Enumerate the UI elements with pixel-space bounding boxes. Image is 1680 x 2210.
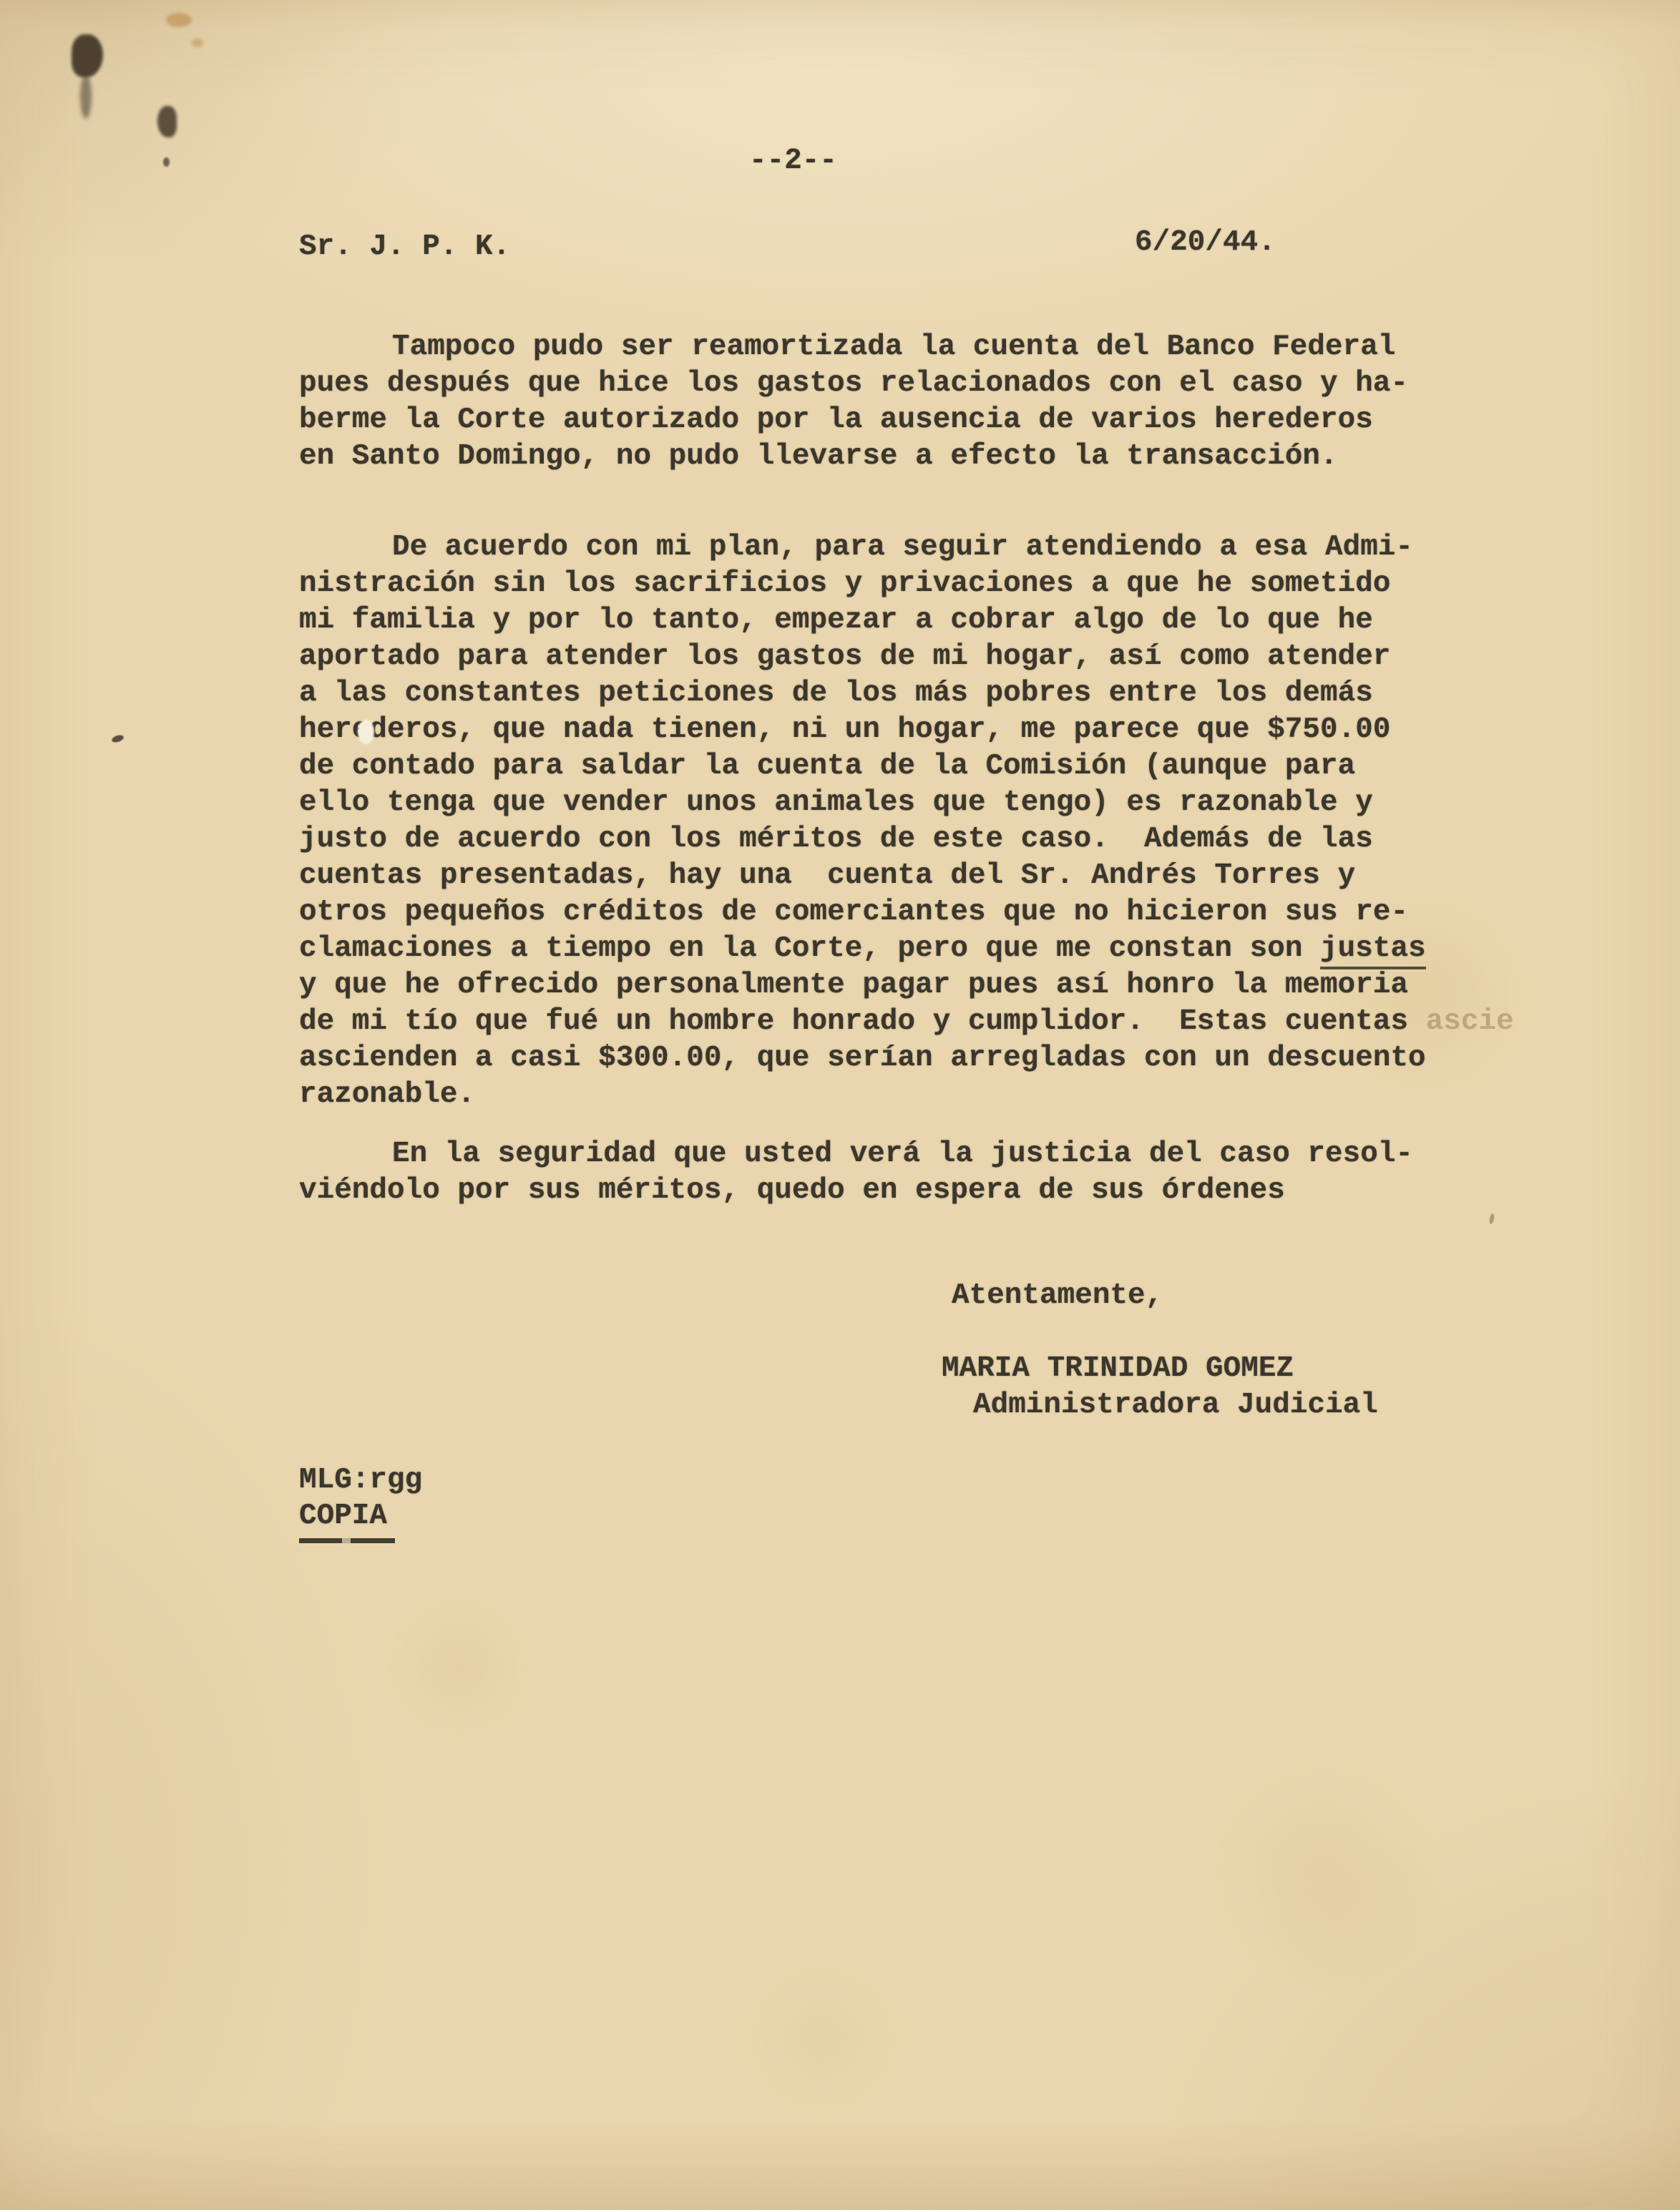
paragraph-1-line: berme la Corte autorizado por la ausenci…: [299, 402, 1408, 439]
rust-speck: [192, 39, 203, 47]
paragraph-3-line: En la seguridad que usted verá la justic…: [299, 1136, 1413, 1173]
date-label: 6/20/44.: [1135, 225, 1276, 261]
signer-title: Administradora Judicial: [973, 1387, 1378, 1424]
paragraph-2-line: mi familia y por lo tanto, empezar a cob…: [299, 602, 1514, 639]
signer-name: MARIA TRINIDAD GOMEZ: [942, 1351, 1294, 1387]
paragraph-2-line: aportado para atender los gastos de mi h…: [299, 639, 1514, 675]
typewritten-letter-page: --2-- Sr. J. P. K. 6/20/44. Tampoco pudo…: [0, 0, 1680, 2210]
paragraph-2-line: herederos, que nada tienen, ni un hogar,…: [299, 712, 1514, 748]
margin-fleck: [111, 734, 124, 744]
paragraph-3-line: viéndolo por sus méritos, quedo en esper…: [299, 1173, 1413, 1209]
paragraph-1-line: en Santo Domingo, no pudo llevarse a efe…: [299, 439, 1408, 475]
ink-stain-blob: [157, 106, 177, 137]
ink-stain-streak: [80, 74, 92, 119]
paragraph-2-line: otros pequeños créditos de comerciantes …: [299, 894, 1514, 931]
paragraph-2-line: nistración sin los sacrificios y privaci…: [299, 566, 1514, 602]
paragraph-2-line: a las constantes peticiones de los más p…: [299, 675, 1514, 712]
small-mark: [1489, 1213, 1495, 1225]
paragraph-2-line: justo de acuerdo con los méritos de este…: [299, 821, 1514, 858]
page-number: --2--: [749, 143, 837, 180]
paragraph-1-line: Tampoco pudo ser reamortizada la cuenta …: [299, 329, 1408, 366]
paragraph-2-line-justas: clamaciones a tiempo en la Corte, pero q…: [299, 931, 1514, 967]
paragraph-3: En la seguridad que usted verá la justic…: [299, 1136, 1413, 1209]
paragraph-2-line: razonable.: [299, 1077, 1514, 1113]
typist-initials: MLG:rgg: [299, 1462, 422, 1499]
paragraph-2-line: ello tenga que vender unos animales que …: [299, 785, 1514, 821]
paragraph-2-line: De acuerdo con mi plan, para seguir aten…: [299, 529, 1514, 566]
line-text: de mi tío que fué un hombre honrado y cu…: [299, 1005, 1426, 1038]
line-text: clamaciones a tiempo en la Corte, pero q…: [299, 932, 1320, 965]
paragraph-2-line: y que he ofrecido personalmente pagar pu…: [299, 967, 1514, 1004]
paragraph-1: Tampoco pudo ser reamortizada la cuenta …: [299, 329, 1408, 475]
copy-label: COPIA: [299, 1498, 395, 1543]
paragraph-2-line: de contado para saldar la cuenta de la C…: [299, 748, 1514, 785]
paragraph-2: De acuerdo con mi plan, para seguir aten…: [299, 529, 1514, 1113]
closing-salutation: Atentamente,: [952, 1278, 1163, 1314]
faint-erased-word: ascie: [1426, 1005, 1514, 1038]
ink-stain-dot: [163, 157, 170, 167]
paragraph-2-line: ascienden a casi $300.00, que serían arr…: [299, 1040, 1514, 1077]
paragraph-2-line-cuentas: de mi tío que fué un hombre honrado y cu…: [299, 1004, 1514, 1040]
paper-chip: [358, 720, 374, 744]
recipient-line: Sr. J. P. K.: [299, 229, 510, 265]
paragraph-2-line: cuentas presentadas, hay una cuenta del …: [299, 858, 1514, 894]
rust-speck: [166, 13, 192, 27]
underlined-word-justas: justas: [1320, 932, 1426, 969]
ink-stain-blob: [72, 34, 103, 77]
paragraph-1-line: pues después que hice los gastos relacio…: [299, 366, 1408, 402]
